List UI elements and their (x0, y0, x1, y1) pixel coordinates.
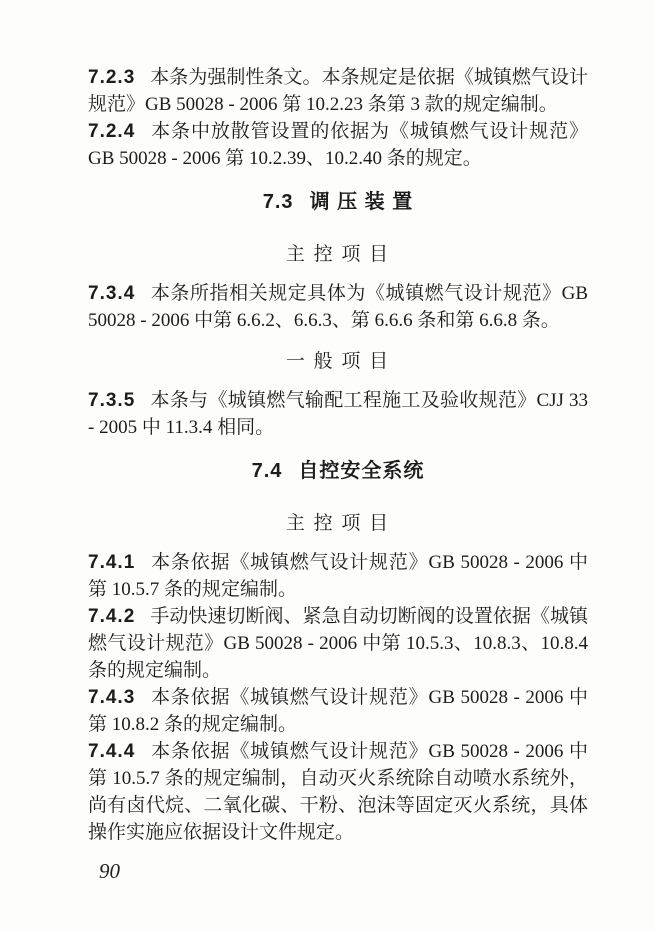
section-title: 自控安全系统 (298, 460, 424, 482)
clause-text: 本条依据《城镇燃气设计规范》GB 50028 - 2006 中第 10.5.7 … (88, 741, 588, 843)
clause-paragraph: 7.4.1本条依据《城镇燃气设计规范》GB 50028 - 2006 中第 10… (88, 549, 588, 603)
section-number: 7.3 (263, 191, 294, 213)
clause-text: 手动快速切断阀、紧急自动切断阀的设置依据《城镇燃气设计规范》GB 50028 -… (88, 606, 588, 681)
clause-text: 本条所指相关规定具体为《城镇燃气设计规范》GB 50028 - 2006 中第 … (88, 283, 588, 331)
section-heading: 7.4自控安全系统 (88, 458, 588, 485)
clause-text: 本条依据《城镇燃气设计规范》GB 50028 - 2006 中第 10.5.7 … (88, 552, 588, 600)
clause-number: 7.4.2 (88, 606, 135, 627)
clause-text: 本条为强制性条文。本条规定是依据《城镇燃气设计规范》GB 50028 - 200… (88, 67, 588, 115)
item-category-subheading: 主 控 项 目 (88, 510, 588, 537)
page-number: 90 (99, 858, 120, 885)
section-number: 7.4 (252, 460, 283, 482)
clause-number: 7.2.3 (88, 67, 135, 88)
clause-number: 7.4.1 (88, 552, 135, 573)
clause-paragraph: 7.2.3本条为强制性条文。本条规定是依据《城镇燃气设计规范》GB 50028 … (88, 64, 588, 118)
clause-paragraph: 7.3.5本条与《城镇燃气输配工程施工及验收规范》CJJ 33 - 2005 中… (88, 387, 588, 441)
clause-paragraph: 7.4.2手动快速切断阀、紧急自动切断阀的设置依据《城镇燃气设计规范》GB 50… (88, 603, 588, 684)
clause-paragraph: 7.3.4本条所指相关规定具体为《城镇燃气设计规范》GB 50028 - 200… (88, 280, 588, 334)
clause-number: 7.4.3 (88, 687, 135, 708)
document-content: 7.2.3本条为强制性条文。本条规定是依据《城镇燃气设计规范》GB 50028 … (88, 64, 588, 846)
clause-paragraph: 7.4.3本条依据《城镇燃气设计规范》GB 50028 - 2006 中第 10… (88, 684, 588, 738)
clause-number: 7.2.4 (88, 121, 135, 142)
clause-number: 7.3.5 (88, 390, 135, 411)
item-category-subheading: 主 控 项 目 (88, 241, 588, 268)
clause-number: 7.3.4 (88, 283, 135, 304)
section-title: 调 压 装 置 (310, 191, 414, 213)
item-category-subheading: 一 般 项 目 (88, 348, 588, 375)
section-heading: 7.3调 压 装 置 (88, 189, 588, 216)
clause-text: 本条依据《城镇燃气设计规范》GB 50028 - 2006 中第 10.8.2 … (88, 687, 588, 735)
clause-text: 本条与《城镇燃气输配工程施工及验收规范》CJJ 33 - 2005 中 11.3… (88, 390, 588, 438)
clause-text: 本条中放散管设置的依据为《城镇燃气设计规范》GB 50028 - 2006 第 … (88, 121, 588, 169)
clause-paragraph: 7.4.4本条依据《城镇燃气设计规范》GB 50028 - 2006 中第 10… (88, 738, 588, 846)
document-page: 7.2.3本条为强制性条文。本条规定是依据《城镇燃气设计规范》GB 50028 … (0, 0, 654, 931)
clause-paragraph: 7.2.4本条中放散管设置的依据为《城镇燃气设计规范》GB 50028 - 20… (88, 118, 588, 172)
clause-number: 7.4.4 (88, 741, 135, 762)
